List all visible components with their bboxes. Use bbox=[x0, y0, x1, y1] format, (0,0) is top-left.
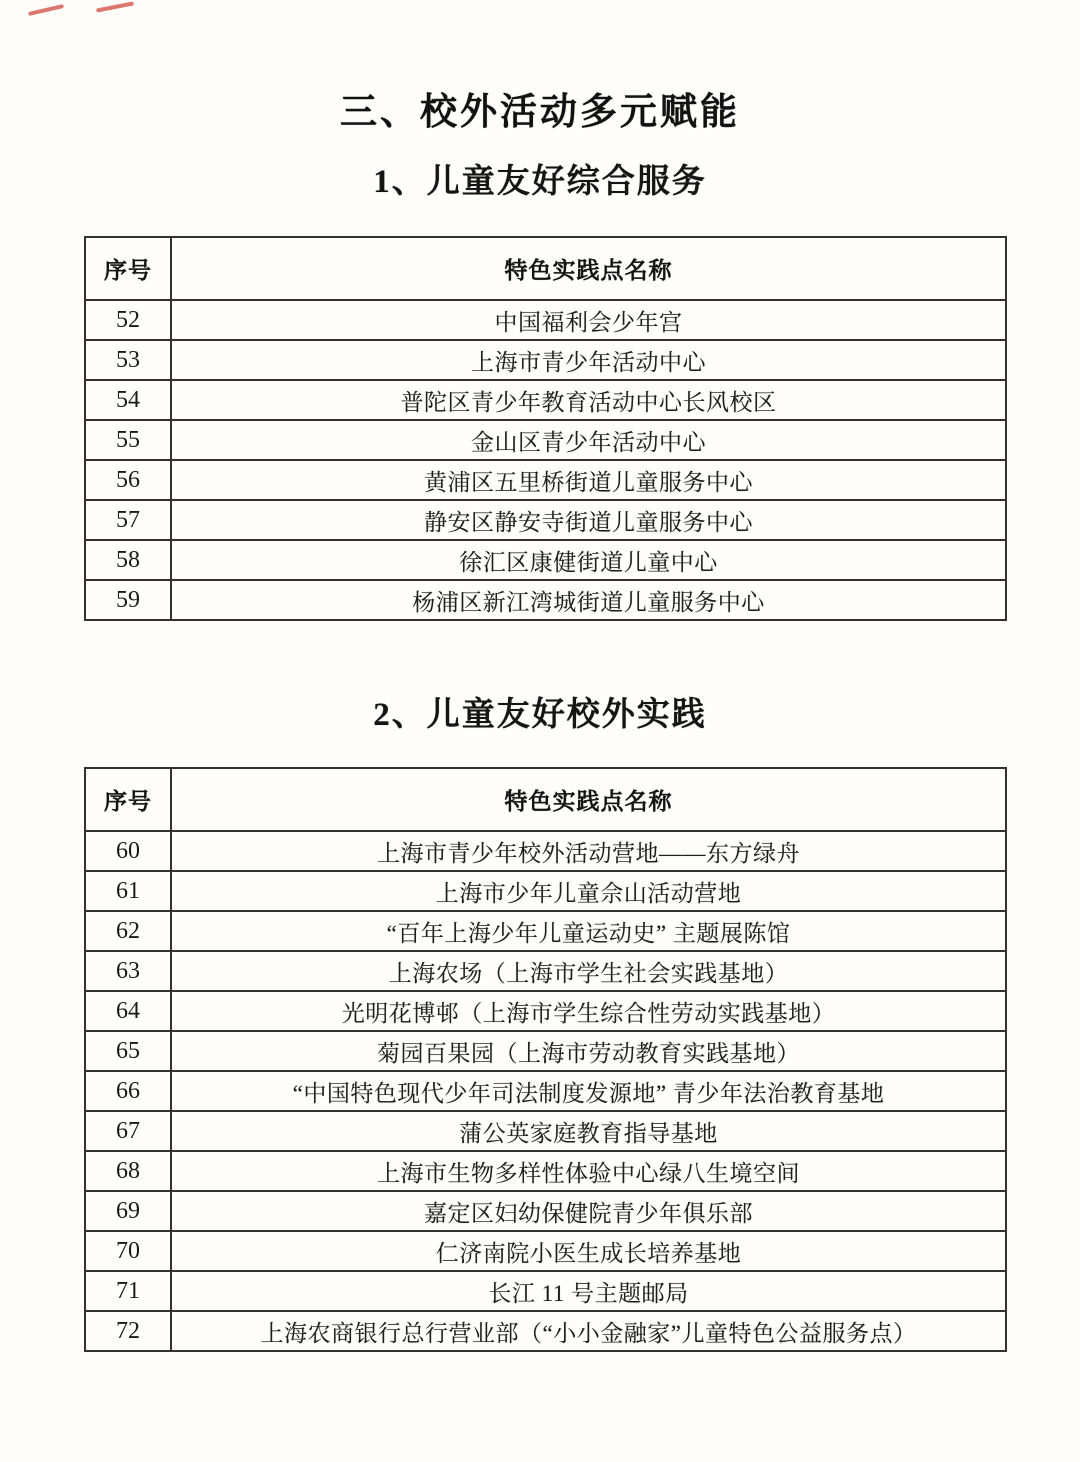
table-row: 57静安区静安寺街道儿童服务中心 bbox=[85, 500, 1006, 540]
practice-name-cell: 长江 11 号主题邮局 bbox=[171, 1271, 1006, 1311]
row-number-cell: 52 bbox=[85, 300, 171, 340]
practice-name-cell: 上海农场（上海市学生社会实践基地） bbox=[171, 951, 1006, 991]
table-header-row: 序号 特色实践点名称 bbox=[85, 237, 1006, 300]
row-number-cell: 72 bbox=[85, 1311, 171, 1351]
page-title: 三、校外活动多元赋能 bbox=[0, 0, 1080, 136]
table-row: 53上海市青少年活动中心 bbox=[85, 340, 1006, 380]
practice-name-cell: 蒲公英家庭教育指导基地 bbox=[171, 1111, 1006, 1151]
practice-table: 序号 特色实践点名称 60上海市青少年校外活动营地——东方绿舟61上海市少年儿童… bbox=[84, 767, 1007, 1352]
row-number-cell: 54 bbox=[85, 380, 171, 420]
table-row: 70仁济南院小医生成长培养基地 bbox=[85, 1231, 1006, 1271]
practice-name-cell: 上海市生物多样性体验中心绿八生境空间 bbox=[171, 1151, 1006, 1191]
practice-name-cell: 上海市青少年活动中心 bbox=[171, 340, 1006, 380]
practice-name-cell: 静安区静安寺街道儿童服务中心 bbox=[171, 500, 1006, 540]
table-row: 61上海市少年儿童佘山活动营地 bbox=[85, 871, 1006, 911]
practice-name-cell: “中国特色现代少年司法制度发源地” 青少年法治教育基地 bbox=[171, 1071, 1006, 1111]
row-number-cell: 61 bbox=[85, 871, 171, 911]
table-row: 65菊园百果园（上海市劳动教育实践基地） bbox=[85, 1031, 1006, 1071]
document-page: 三、校外活动多元赋能 1、儿童友好综合服务 序号 特色实践点名称 52中国福利会… bbox=[0, 0, 1080, 1462]
table-row: 68上海市生物多样性体验中心绿八生境空间 bbox=[85, 1151, 1006, 1191]
practice-name-cell: 嘉定区妇幼保健院青少年俱乐部 bbox=[171, 1191, 1006, 1231]
row-number-cell: 53 bbox=[85, 340, 171, 380]
service-table: 序号 特色实践点名称 52中国福利会少年宫53上海市青少年活动中心54普陀区青少… bbox=[84, 236, 1007, 621]
table-row: 52中国福利会少年宫 bbox=[85, 300, 1006, 340]
practice-name-cell: “百年上海少年儿童运动史” 主题展陈馆 bbox=[171, 911, 1006, 951]
practice-name-cell: 普陀区青少年教育活动中心长风校区 bbox=[171, 380, 1006, 420]
table-row: 66“中国特色现代少年司法制度发源地” 青少年法治教育基地 bbox=[85, 1071, 1006, 1111]
table-row: 63上海农场（上海市学生社会实践基地） bbox=[85, 951, 1006, 991]
table-row: 58徐汇区康健街道儿童中心 bbox=[85, 540, 1006, 580]
row-number-cell: 57 bbox=[85, 500, 171, 540]
row-number-cell: 58 bbox=[85, 540, 171, 580]
column-header-practice-name: 特色实践点名称 bbox=[171, 768, 1006, 831]
table-row: 72上海农商银行总行营业部（“小小金融家”儿童特色公益服务点） bbox=[85, 1311, 1006, 1351]
row-number-cell: 70 bbox=[85, 1231, 171, 1271]
table-header-row: 序号 特色实践点名称 bbox=[85, 768, 1006, 831]
row-number-cell: 55 bbox=[85, 420, 171, 460]
table-row: 56黄浦区五里桥街道儿童服务中心 bbox=[85, 460, 1006, 500]
row-number-cell: 68 bbox=[85, 1151, 171, 1191]
column-header-practice-name: 特色实践点名称 bbox=[171, 237, 1006, 300]
column-header-number: 序号 bbox=[85, 237, 171, 300]
section-1-title: 1、儿童友好综合服务 bbox=[0, 160, 1080, 204]
column-header-number: 序号 bbox=[85, 768, 171, 831]
table-row: 71长江 11 号主题邮局 bbox=[85, 1271, 1006, 1311]
practice-name-cell: 光明花博邨（上海市学生综合性劳动实践基地） bbox=[171, 991, 1006, 1031]
table-row: 55金山区青少年活动中心 bbox=[85, 420, 1006, 460]
row-number-cell: 62 bbox=[85, 911, 171, 951]
practice-name-cell: 杨浦区新江湾城街道儿童服务中心 bbox=[171, 580, 1006, 620]
table-row: 67蒲公英家庭教育指导基地 bbox=[85, 1111, 1006, 1151]
row-number-cell: 59 bbox=[85, 580, 171, 620]
practice-name-cell: 金山区青少年活动中心 bbox=[171, 420, 1006, 460]
row-number-cell: 71 bbox=[85, 1271, 171, 1311]
table-row: 54普陀区青少年教育活动中心长风校区 bbox=[85, 380, 1006, 420]
table-row: 64光明花博邨（上海市学生综合性劳动实践基地） bbox=[85, 991, 1006, 1031]
practice-name-cell: 中国福利会少年宫 bbox=[171, 300, 1006, 340]
practice-name-cell: 徐汇区康健街道儿童中心 bbox=[171, 540, 1006, 580]
table-row: 62“百年上海少年儿童运动史” 主题展陈馆 bbox=[85, 911, 1006, 951]
row-number-cell: 64 bbox=[85, 991, 171, 1031]
practice-name-cell: 上海农商银行总行营业部（“小小金融家”儿童特色公益服务点） bbox=[171, 1311, 1006, 1351]
row-number-cell: 60 bbox=[85, 831, 171, 871]
practice-name-cell: 黄浦区五里桥街道儿童服务中心 bbox=[171, 460, 1006, 500]
row-number-cell: 63 bbox=[85, 951, 171, 991]
table-row: 69嘉定区妇幼保健院青少年俱乐部 bbox=[85, 1191, 1006, 1231]
row-number-cell: 65 bbox=[85, 1031, 171, 1071]
practice-name-cell: 菊园百果园（上海市劳动教育实践基地） bbox=[171, 1031, 1006, 1071]
practice-name-cell: 仁济南院小医生成长培养基地 bbox=[171, 1231, 1006, 1271]
row-number-cell: 66 bbox=[85, 1071, 171, 1111]
section-2-title: 2、儿童友好校外实践 bbox=[0, 693, 1080, 737]
row-number-cell: 69 bbox=[85, 1191, 171, 1231]
practice-name-cell: 上海市青少年校外活动营地——东方绿舟 bbox=[171, 831, 1006, 871]
row-number-cell: 67 bbox=[85, 1111, 171, 1151]
table-row: 60上海市青少年校外活动营地——东方绿舟 bbox=[85, 831, 1006, 871]
practice-name-cell: 上海市少年儿童佘山活动营地 bbox=[171, 871, 1006, 911]
row-number-cell: 56 bbox=[85, 460, 171, 500]
table-row: 59杨浦区新江湾城街道儿童服务中心 bbox=[85, 580, 1006, 620]
